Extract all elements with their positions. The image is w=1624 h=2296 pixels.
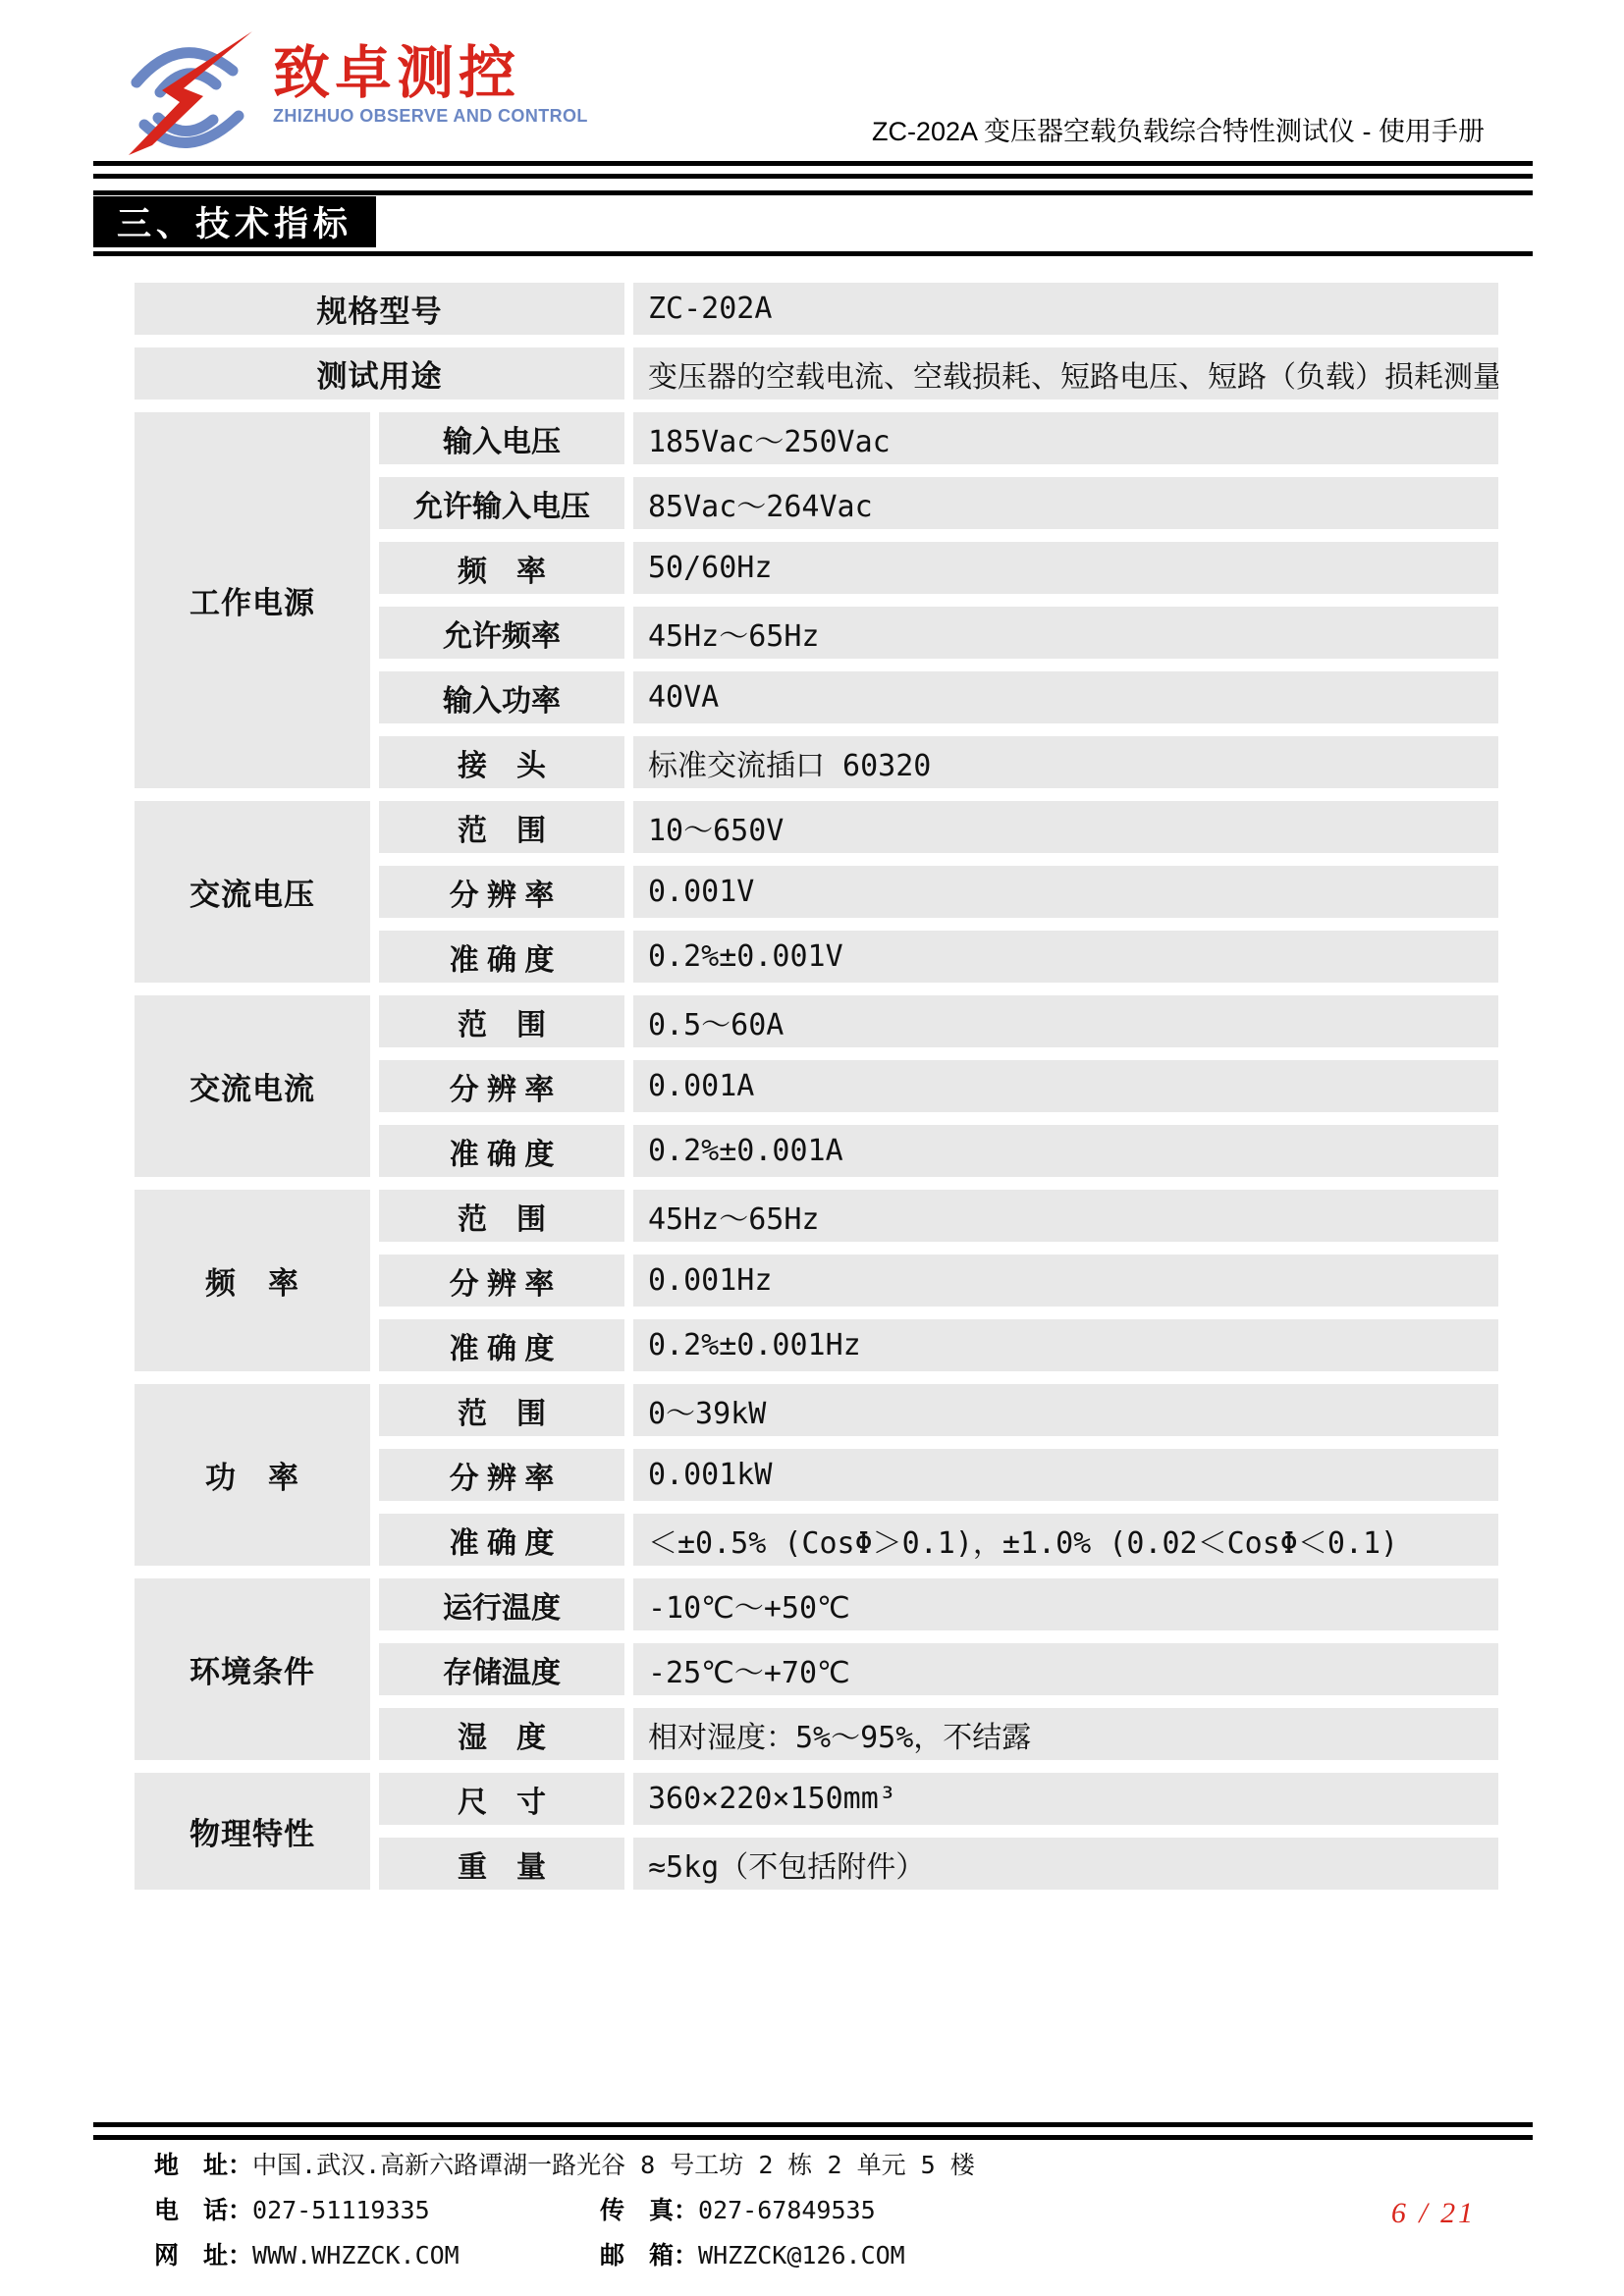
footer-address: 地 址：中国.武汉.高新六路谭湖一路光谷 8 号工坊 2 栋 2 单元 5 楼 [154,2146,975,2181]
param-cell: 准 确 度 [379,1125,624,1177]
value-cell: 0.2%±0.001V [633,931,1498,983]
website-label: 网 址： [154,2242,252,2269]
table-row: 准 确 度 0.2%±0.001V [379,931,1498,983]
address-label: 地 址： [154,2152,252,2179]
value-cell: 0.5～60A [633,995,1498,1047]
table-row: 规格型号 ZC-202A [135,283,1498,335]
section-rule-top [93,190,1533,195]
param-cell: 输入功率 [379,671,624,723]
param-cell: 分 辨 率 [379,1255,624,1307]
param-cell: 频 率 [379,542,624,594]
value-cell: 360×220×150mm³ [633,1773,1498,1825]
footer-email: 邮 箱：WHZZCK@126.COM [600,2236,905,2271]
value-cell: 185Vac～250Vac [633,412,1498,464]
table-row: 分 辨 率 0.001Hz [379,1255,1498,1307]
footer-website: 网 址：WWW.WHZZCK.COM [154,2236,460,2271]
table-row: 范 围 0.5～60A [379,995,1498,1047]
table-row: 范 围 0～39kW [379,1384,1498,1436]
company-logo: 致卓测控 ZHIZHUO OBSERVE AND CONTROL [123,27,555,155]
category-cell: 交流电流 [135,995,370,1177]
value-cell: 0.001Hz [633,1255,1498,1307]
value-cell: 标准交流插口 60320 [633,736,1498,788]
param-cell: 运行温度 [379,1578,624,1630]
value-cell: 45Hz～65Hz [633,607,1498,659]
param-cell: 范 围 [379,995,624,1047]
param-cell: 准 确 度 [379,1514,624,1566]
spec-table: 规格型号 ZC-202A 测试用途 变压器的空载电流、空载损耗、短路电压、短路（… [135,283,1498,1890]
param-cell: 重 量 [379,1838,624,1890]
email-value: WHZZCK@126.COM [698,2241,905,2269]
param-cell: 准 确 度 [379,1319,624,1371]
table-row: 运行温度 -10℃～+50℃ [379,1578,1498,1630]
value-cell: ＜±0.5% (CosΦ＞0.1)，±1.0% (0.02＜CosΦ＜0.1) [633,1514,1498,1566]
param-cell: 范 围 [379,1190,624,1242]
footer-fax: 传 真：027-67849535 [600,2191,876,2226]
category-cell: 交流电压 [135,801,370,983]
param-cell: 尺 寸 [379,1773,624,1825]
table-row: 分 辨 率 0.001A [379,1060,1498,1112]
table-row: 分 辨 率 0.001kW [379,1449,1498,1501]
value-cell: 40VA [633,671,1498,723]
param-cell: 分 辨 率 [379,1449,624,1501]
page-number: 6 / 21 [1375,2197,1492,2230]
value-cell: ≈5kg（不包括附件） [633,1838,1498,1890]
table-row: 接 头 标准交流插口 60320 [379,736,1498,788]
value-cell: 50/60Hz [633,542,1498,594]
table-row: 准 确 度 0.2%±0.001Hz [379,1319,1498,1371]
value-cell: 0.2%±0.001A [633,1125,1498,1177]
logo-name-en: ZHIZHUO OBSERVE AND CONTROL [273,106,588,127]
footer-rule [93,2122,1533,2140]
table-row: 准 确 度 ＜±0.5% (CosΦ＞0.1)，±1.0% (0.02＜CosΦ… [379,1514,1498,1566]
website-value: WWW.WHZZCK.COM [252,2241,460,2269]
spec-value: ZC-202A [633,283,1498,335]
param-cell: 存储温度 [379,1643,624,1695]
table-row: 存储温度 -25℃～+70℃ [379,1643,1498,1695]
param-cell: 湿 度 [379,1708,624,1760]
value-cell: 0.001V [633,866,1498,918]
spec-value: 变压器的空载电流、空载损耗、短路电压、短路（负载）损耗测量 [633,347,1498,400]
category-cell: 工作电源 [135,412,370,788]
email-label: 邮 箱： [600,2242,698,2269]
section-rule-bottom [93,251,1533,256]
category-cell: 频 率 [135,1190,370,1371]
spec-label: 规格型号 [135,283,624,335]
param-cell: 分 辨 率 [379,866,624,918]
param-cell: 允许输入电压 [379,477,624,529]
table-row: 分 辨 率 0.001V [379,866,1498,918]
footer-phone: 电 话：027-51119335 [154,2191,430,2226]
spec-label: 测试用途 [135,347,624,400]
table-row: 允许频率 45Hz～65Hz [379,607,1498,659]
document-title: ZC-202A 变压器空载负载综合特性测试仪 - 使用手册 [589,110,1485,148]
logo-text: 致卓测控 ZHIZHUO OBSERVE AND CONTROL [273,27,588,127]
table-section-ac-current: 交流电流 范 围 0.5～60A 分 辨 率 0.001A 准 确 度 0.2%… [135,995,1498,1177]
value-cell: 0.001kW [633,1449,1498,1501]
param-cell: 允许频率 [379,607,624,659]
value-cell: 0～39kW [633,1384,1498,1436]
section-title: 三、技术指标 [93,196,376,247]
table-section-ac-voltage: 交流电压 范 围 10～650V 分 辨 率 0.001V 准 确 度 0.2%… [135,801,1498,983]
address-value: 中国.武汉.高新六路谭湖一路光谷 8 号工坊 2 栋 2 单元 5 楼 [252,2151,975,2179]
value-cell: 45Hz～65Hz [633,1190,1498,1242]
value-cell: -25℃～+70℃ [633,1643,1498,1695]
param-cell: 范 围 [379,801,624,853]
table-row: 测试用途 变压器的空载电流、空载损耗、短路电压、短路（负载）损耗测量 [135,347,1498,400]
lightning-signal-logo-icon [123,27,265,155]
value-cell: -10℃～+50℃ [633,1578,1498,1630]
category-cell: 功 率 [135,1384,370,1566]
fax-label: 传 真： [600,2197,698,2224]
value-cell: 10～650V [633,801,1498,853]
param-cell: 接 头 [379,736,624,788]
value-cell: 相对湿度：5%～95%，不结露 [633,1708,1498,1760]
table-row: 输入功率 40VA [379,671,1498,723]
table-row: 允许输入电压 85Vac～264Vac [379,477,1498,529]
table-section-frequency: 频 率 范 围 45Hz～65Hz 分 辨 率 0.001Hz 准 确 度 0.… [135,1190,1498,1371]
param-cell: 输入电压 [379,412,624,464]
table-row: 重 量 ≈5kg（不包括附件） [379,1838,1498,1890]
table-row: 尺 寸 360×220×150mm³ [379,1773,1498,1825]
table-row: 频 率 50/60Hz [379,542,1498,594]
value-cell: 85Vac～264Vac [633,477,1498,529]
param-cell: 准 确 度 [379,931,624,983]
table-row: 范 围 45Hz～65Hz [379,1190,1498,1242]
phone-label: 电 话： [154,2197,252,2224]
category-cell: 物理特性 [135,1773,370,1890]
category-cell: 环境条件 [135,1578,370,1760]
fax-value: 027-67849535 [698,2196,876,2224]
table-row: 准 确 度 0.2%±0.001A [379,1125,1498,1177]
table-section-power-supply: 工作电源 输入电压 185Vac～250Vac 允许输入电压 85Vac～264… [135,412,1498,788]
table-section-power: 功 率 范 围 0～39kW 分 辨 率 0.001kW 准 确 度 ＜±0.5… [135,1384,1498,1566]
table-section-physical: 物理特性 尺 寸 360×220×150mm³ 重 量 ≈5kg（不包括附件） [135,1773,1498,1890]
header-rule [93,161,1533,179]
param-cell: 范 围 [379,1384,624,1436]
param-cell: 分 辨 率 [379,1060,624,1112]
value-cell: 0.001A [633,1060,1498,1112]
table-row: 湿 度 相对湿度：5%～95%，不结露 [379,1708,1498,1760]
table-row: 范 围 10～650V [379,801,1498,853]
table-section-environment: 环境条件 运行温度 -10℃～+50℃ 存储温度 -25℃～+70℃ 湿 度 相… [135,1578,1498,1760]
manual-page: { "header": { "logo": { "cn": "致卓测控", "e… [0,0,1624,2296]
logo-name-cn: 致卓测控 [273,45,588,102]
value-cell: 0.2%±0.001Hz [633,1319,1498,1371]
phone-value: 027-51119335 [252,2196,430,2224]
table-row: 输入电压 185Vac～250Vac [379,412,1498,464]
